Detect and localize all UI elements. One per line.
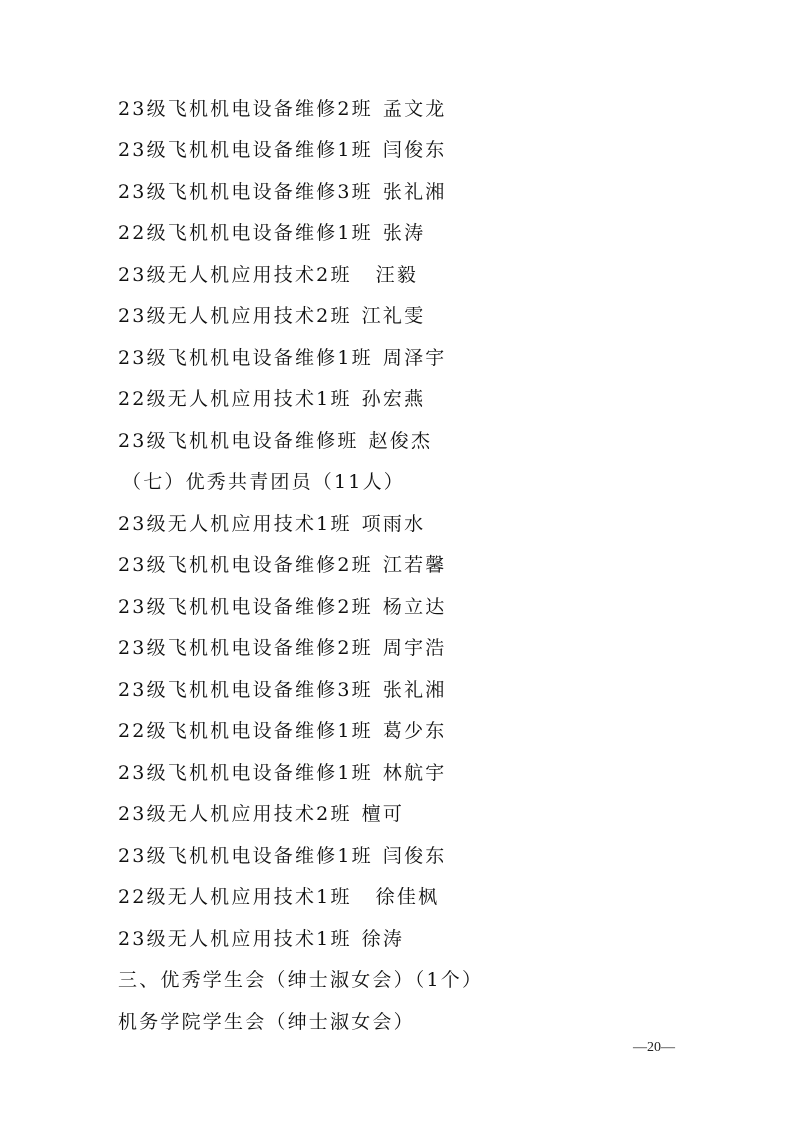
- student-name: 江礼雯: [362, 305, 426, 327]
- student-name: 项雨水: [362, 513, 426, 535]
- class-name: 22级飞机机电设备维修1班: [118, 222, 373, 244]
- list-item: 23级无人机应用技术1班徐涛: [118, 927, 404, 951]
- class-name: 23级飞机机电设备维修班: [118, 430, 359, 452]
- class-name: 23级无人机应用技术1班: [118, 928, 352, 950]
- student-name: 周宇浩: [383, 637, 447, 659]
- list-item: 23级无人机应用技术2班汪毅: [118, 263, 418, 287]
- list-item: 23级飞机机电设备维修2班孟文龙: [118, 97, 446, 121]
- student-name: 张涛: [383, 222, 425, 244]
- class-name: 23级飞机机电设备维修2班: [118, 98, 373, 120]
- list-item: 23级飞机机电设备维修2班杨立达: [118, 595, 446, 619]
- list-item: 22级飞机机电设备维修1班葛少东: [118, 719, 446, 743]
- list-item: 23级飞机机电设备维修班赵俊杰: [118, 429, 432, 453]
- student-name: 张礼湘: [383, 679, 447, 701]
- class-name: 23级飞机机电设备维修2班: [118, 596, 373, 618]
- list-item: 23级飞机机电设备维修1班闫俊东: [118, 844, 446, 868]
- student-name: 葛少东: [383, 720, 447, 742]
- list-item: 23级飞机机电设备维修1班周泽宇: [118, 346, 446, 370]
- class-name: 23级飞机机电设备维修2班: [118, 554, 373, 576]
- class-name: 23级无人机应用技术1班: [118, 513, 352, 535]
- class-name: 23级飞机机电设备维修1班: [118, 139, 373, 161]
- list-item: 23级飞机机电设备维修3班张礼湘: [118, 180, 446, 204]
- section-heading: （七）优秀共青团员（11人）: [122, 470, 405, 494]
- list-item: 23级无人机应用技术1班项雨水: [118, 512, 425, 536]
- list-item: 23级无人机应用技术2班檀可: [118, 802, 404, 826]
- student-name: 周泽宇: [383, 347, 447, 369]
- list-item: 机务学院学生会（绅士淑女会）: [118, 1010, 415, 1034]
- list-item: 23级飞机机电设备维修2班江若馨: [118, 553, 446, 577]
- list-item: 23级飞机机电设备维修1班林航宇: [118, 761, 446, 785]
- section-heading: 三、优秀学生会（绅士淑女会）（1个）: [118, 968, 483, 992]
- class-name: 23级飞机机电设备维修1班: [118, 762, 373, 784]
- class-name: 23级飞机机电设备维修1班: [118, 845, 373, 867]
- class-name: 23级无人机应用技术2班: [118, 803, 352, 825]
- student-name: 张礼湘: [383, 181, 447, 203]
- class-name: 22级无人机应用技术1班: [118, 388, 352, 410]
- student-name: 闫俊东: [383, 845, 447, 867]
- student-name: 杨立达: [383, 596, 447, 618]
- list-item: 22级无人机应用技术1班徐佳枫: [118, 885, 439, 909]
- class-name: 23级无人机应用技术2班: [118, 264, 352, 286]
- class-name: 23级飞机机电设备维修3班: [118, 679, 373, 701]
- list-item: 23级飞机机电设备维修2班周宇浩: [118, 636, 446, 660]
- student-name: 孙宏燕: [362, 388, 426, 410]
- student-name: 徐佳枫: [376, 886, 440, 908]
- class-name: 23级飞机机电设备维修2班: [118, 637, 373, 659]
- class-name: 23级飞机机电设备维修1班: [118, 347, 373, 369]
- student-name: 江若馨: [383, 554, 447, 576]
- student-name: 林航宇: [383, 762, 447, 784]
- document-page: 23级飞机机电设备维修2班孟文龙 23级飞机机电设备维修1班闫俊东 23级飞机机…: [0, 0, 793, 1122]
- organization-name: 机务学院学生会（绅士淑女会）: [118, 1011, 415, 1033]
- list-item: 22级无人机应用技术1班孙宏燕: [118, 387, 425, 411]
- page-number: —20—: [633, 1039, 675, 1057]
- student-name: 闫俊东: [383, 139, 447, 161]
- student-name: 徐涛: [362, 928, 404, 950]
- class-name: 23级无人机应用技术2班: [118, 305, 352, 327]
- class-name: 22级飞机机电设备维修1班: [118, 720, 373, 742]
- class-name: 23级飞机机电设备维修3班: [118, 181, 373, 203]
- list-item: 23级飞机机电设备维修3班张礼湘: [118, 678, 446, 702]
- student-name: 檀可: [362, 803, 404, 825]
- list-item: 22级飞机机电设备维修1班张涛: [118, 221, 425, 245]
- student-name: 孟文龙: [383, 98, 447, 120]
- student-name: 赵俊杰: [369, 430, 433, 452]
- list-item: 23级飞机机电设备维修1班闫俊东: [118, 138, 446, 162]
- student-name: 汪毅: [376, 264, 418, 286]
- list-item: 23级无人机应用技术2班江礼雯: [118, 304, 425, 328]
- class-name: 22级无人机应用技术1班: [118, 886, 352, 908]
